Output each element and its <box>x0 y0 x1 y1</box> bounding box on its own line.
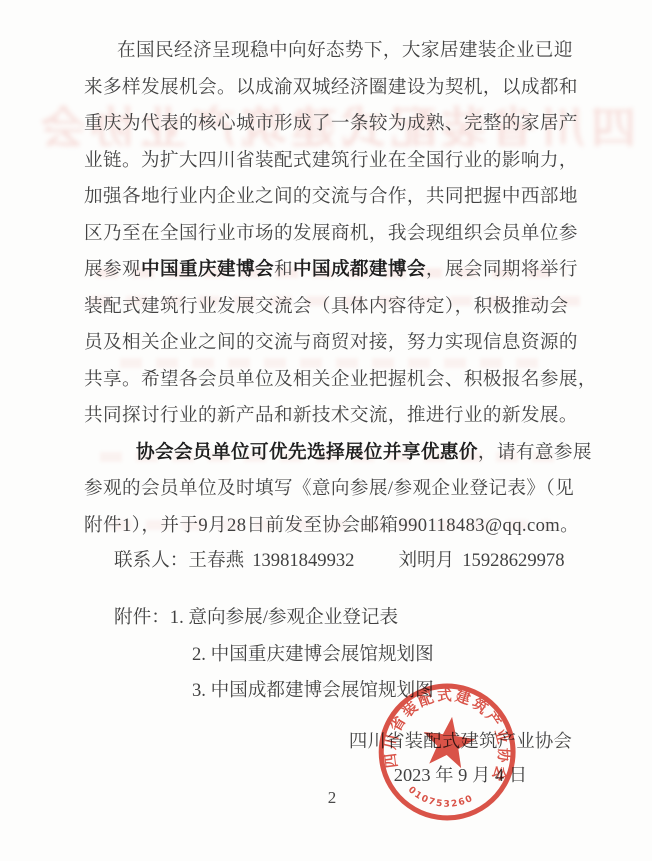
seal-star-icon <box>419 713 477 769</box>
page-number: 2 <box>322 788 342 808</box>
body-line: 重庆为代表的核心城市形成了一条较为成熟、完整的家居产 <box>84 106 576 143</box>
attachments-label: 附件： <box>114 607 170 628</box>
exhibition-name-chengdu: 中国成都建博会 <box>293 259 426 280</box>
body-line: 附件1），并于9月28日前发至协会邮箱990118483@qq.com。 <box>84 508 576 545</box>
body-line: 共享。希望各会员单位及相关企业把握机会、积极报名参展， <box>84 362 576 399</box>
body-line: 共同探讨行业的新产品和新技术交流，推进行业的新发展。 <box>84 398 576 435</box>
body-text-segment: ，展会同期将举行 <box>426 259 578 280</box>
body-line: 装配式建筑行业发展交流会（具体内容待定），积极推动会 <box>84 289 576 326</box>
scanned-document-page: 四川省装配式建筑产业协会 在国民经济呈现稳中向好态势下，大家居建装企业已迎 来多… <box>0 0 652 861</box>
contact-phone-1: 13981849932 <box>252 550 354 571</box>
document-body: 在国民经济呈现稳中向好态势下，大家居建装企业已迎 来多样发展机会。以成渝双城经济… <box>84 33 576 544</box>
contact-name-2: 刘明月 <box>398 550 454 571</box>
body-text-segment: 和 <box>274 259 293 280</box>
body-line: 加强各地行业内企业之间的交流与合作，共同把握中西部地 <box>84 179 576 216</box>
member-benefit-statement: 协会会员单位可优先选择展位并享优惠价 <box>136 442 478 463</box>
contact-name-1: 王春燕 <box>188 550 244 571</box>
contact-line: 联系人：王春燕13981849932刘明月15928629978 <box>114 543 584 579</box>
seal-graphic: 四川省装配式建筑产业协会 5101075326088 <box>364 665 531 842</box>
body-line: 协会会员单位可优先选择展位并享优惠价，请有意参展 <box>84 435 576 472</box>
body-line: 员及相关企业之间的交流与商贸对接，努力实现信息资源的 <box>84 325 576 362</box>
body-text-segment: ，请有意参展 <box>478 442 592 463</box>
attachment-item-1: 附件：1. 意向参展/参观企业登记表 <box>114 600 544 637</box>
official-seal: 四川省装配式建筑产业协会 5101075326088 <box>364 665 531 842</box>
body-line: 参观的会员单位及时填写《意向参展/参观企业登记表》（见 <box>84 471 576 508</box>
body-line: 来多样发展机会。以成渝双城经济圈建设为契机，以成都和 <box>84 70 576 107</box>
attachment-title: 1. 意向参展/参观企业登记表 <box>170 607 398 628</box>
body-line: 在国民经济呈现稳中向好态势下，大家居建装企业已迎 <box>84 33 576 70</box>
exhibition-name-chongqing: 中国重庆建博会 <box>141 259 274 280</box>
body-text-segment: 展参观 <box>84 259 141 280</box>
body-line: 区乃至在全国行业市场的发展商机，我会现组织会员单位参 <box>84 216 576 253</box>
body-line: 业链。为扩大四川省装配式建筑行业在全国行业的影响力， <box>84 143 576 180</box>
body-line: 展参观中国重庆建博会和中国成都建博会，展会同期将举行 <box>84 252 576 289</box>
contact-label: 联系人： <box>114 550 188 571</box>
contact-phone-2: 15928629978 <box>462 550 564 571</box>
attachment-item-2: 2. 中国重庆建博会展馆规划图 <box>114 637 544 674</box>
